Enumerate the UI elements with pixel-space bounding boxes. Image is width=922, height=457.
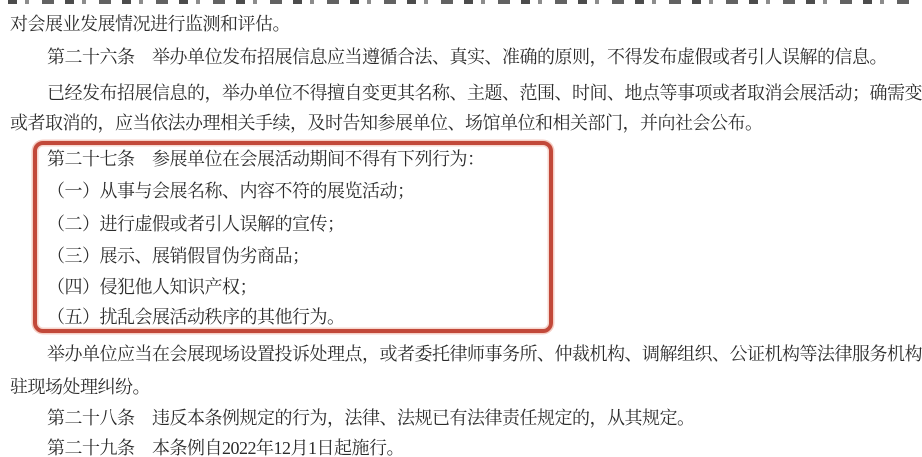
list-item-2: （二）进行虚假或者引人误解的宣传；: [47, 213, 345, 235]
intro-tail-line: 对会展业发展情况进行监测和评估。: [10, 13, 290, 35]
list-item-3: （三）展示、展销假冒伪劣商品；: [47, 245, 310, 267]
article-28-line: 第二十八条 违反本条例规定的行为，法律、法规已有法律责任规定的，从其规定。: [47, 407, 695, 429]
para-complaint-line: 举办单位应当在会展现场设置投诉处理点，或者委托律师事务所、仲裁机构、调解组织、公…: [47, 343, 922, 365]
article-29-line: 第二十九条 本条例自2022年12月1日起施行。: [47, 437, 404, 457]
article-27-heading-line: 第二十七条 参展单位在会展活动期间不得有下列行为：: [47, 148, 485, 170]
para-publish-cont-line: 或者取消的，应当依法办理相关手续，及时告知参展单位、场馆单位和相关部门，并向社会…: [10, 112, 763, 134]
list-item-1: （一）从事与会展名称、内容不符的展览活动；: [47, 180, 415, 202]
para-publish-line: 已经发布招展信息的，举办单位不得擅自变更其名称、主题、范围、时间、地点等事项或者…: [47, 82, 922, 104]
para-complaint-cont-line: 驻现场处理纠纷。: [10, 376, 150, 398]
document-page: 对会展业发展情况进行监测和评估。 第二十六条 举办单位发布招展信息应当遵循合法、…: [0, 0, 922, 457]
article-26-line: 第二十六条 举办单位发布招展信息应当遵循合法、真实、准确的原则，不得发布虚假或者…: [47, 46, 887, 68]
list-item-5: （五）扰乱会展活动秩序的其他行为。: [47, 306, 345, 328]
cropped-text-remnant: [8, 0, 912, 4]
list-item-4: （四）侵犯他人知识产权；: [47, 276, 257, 298]
